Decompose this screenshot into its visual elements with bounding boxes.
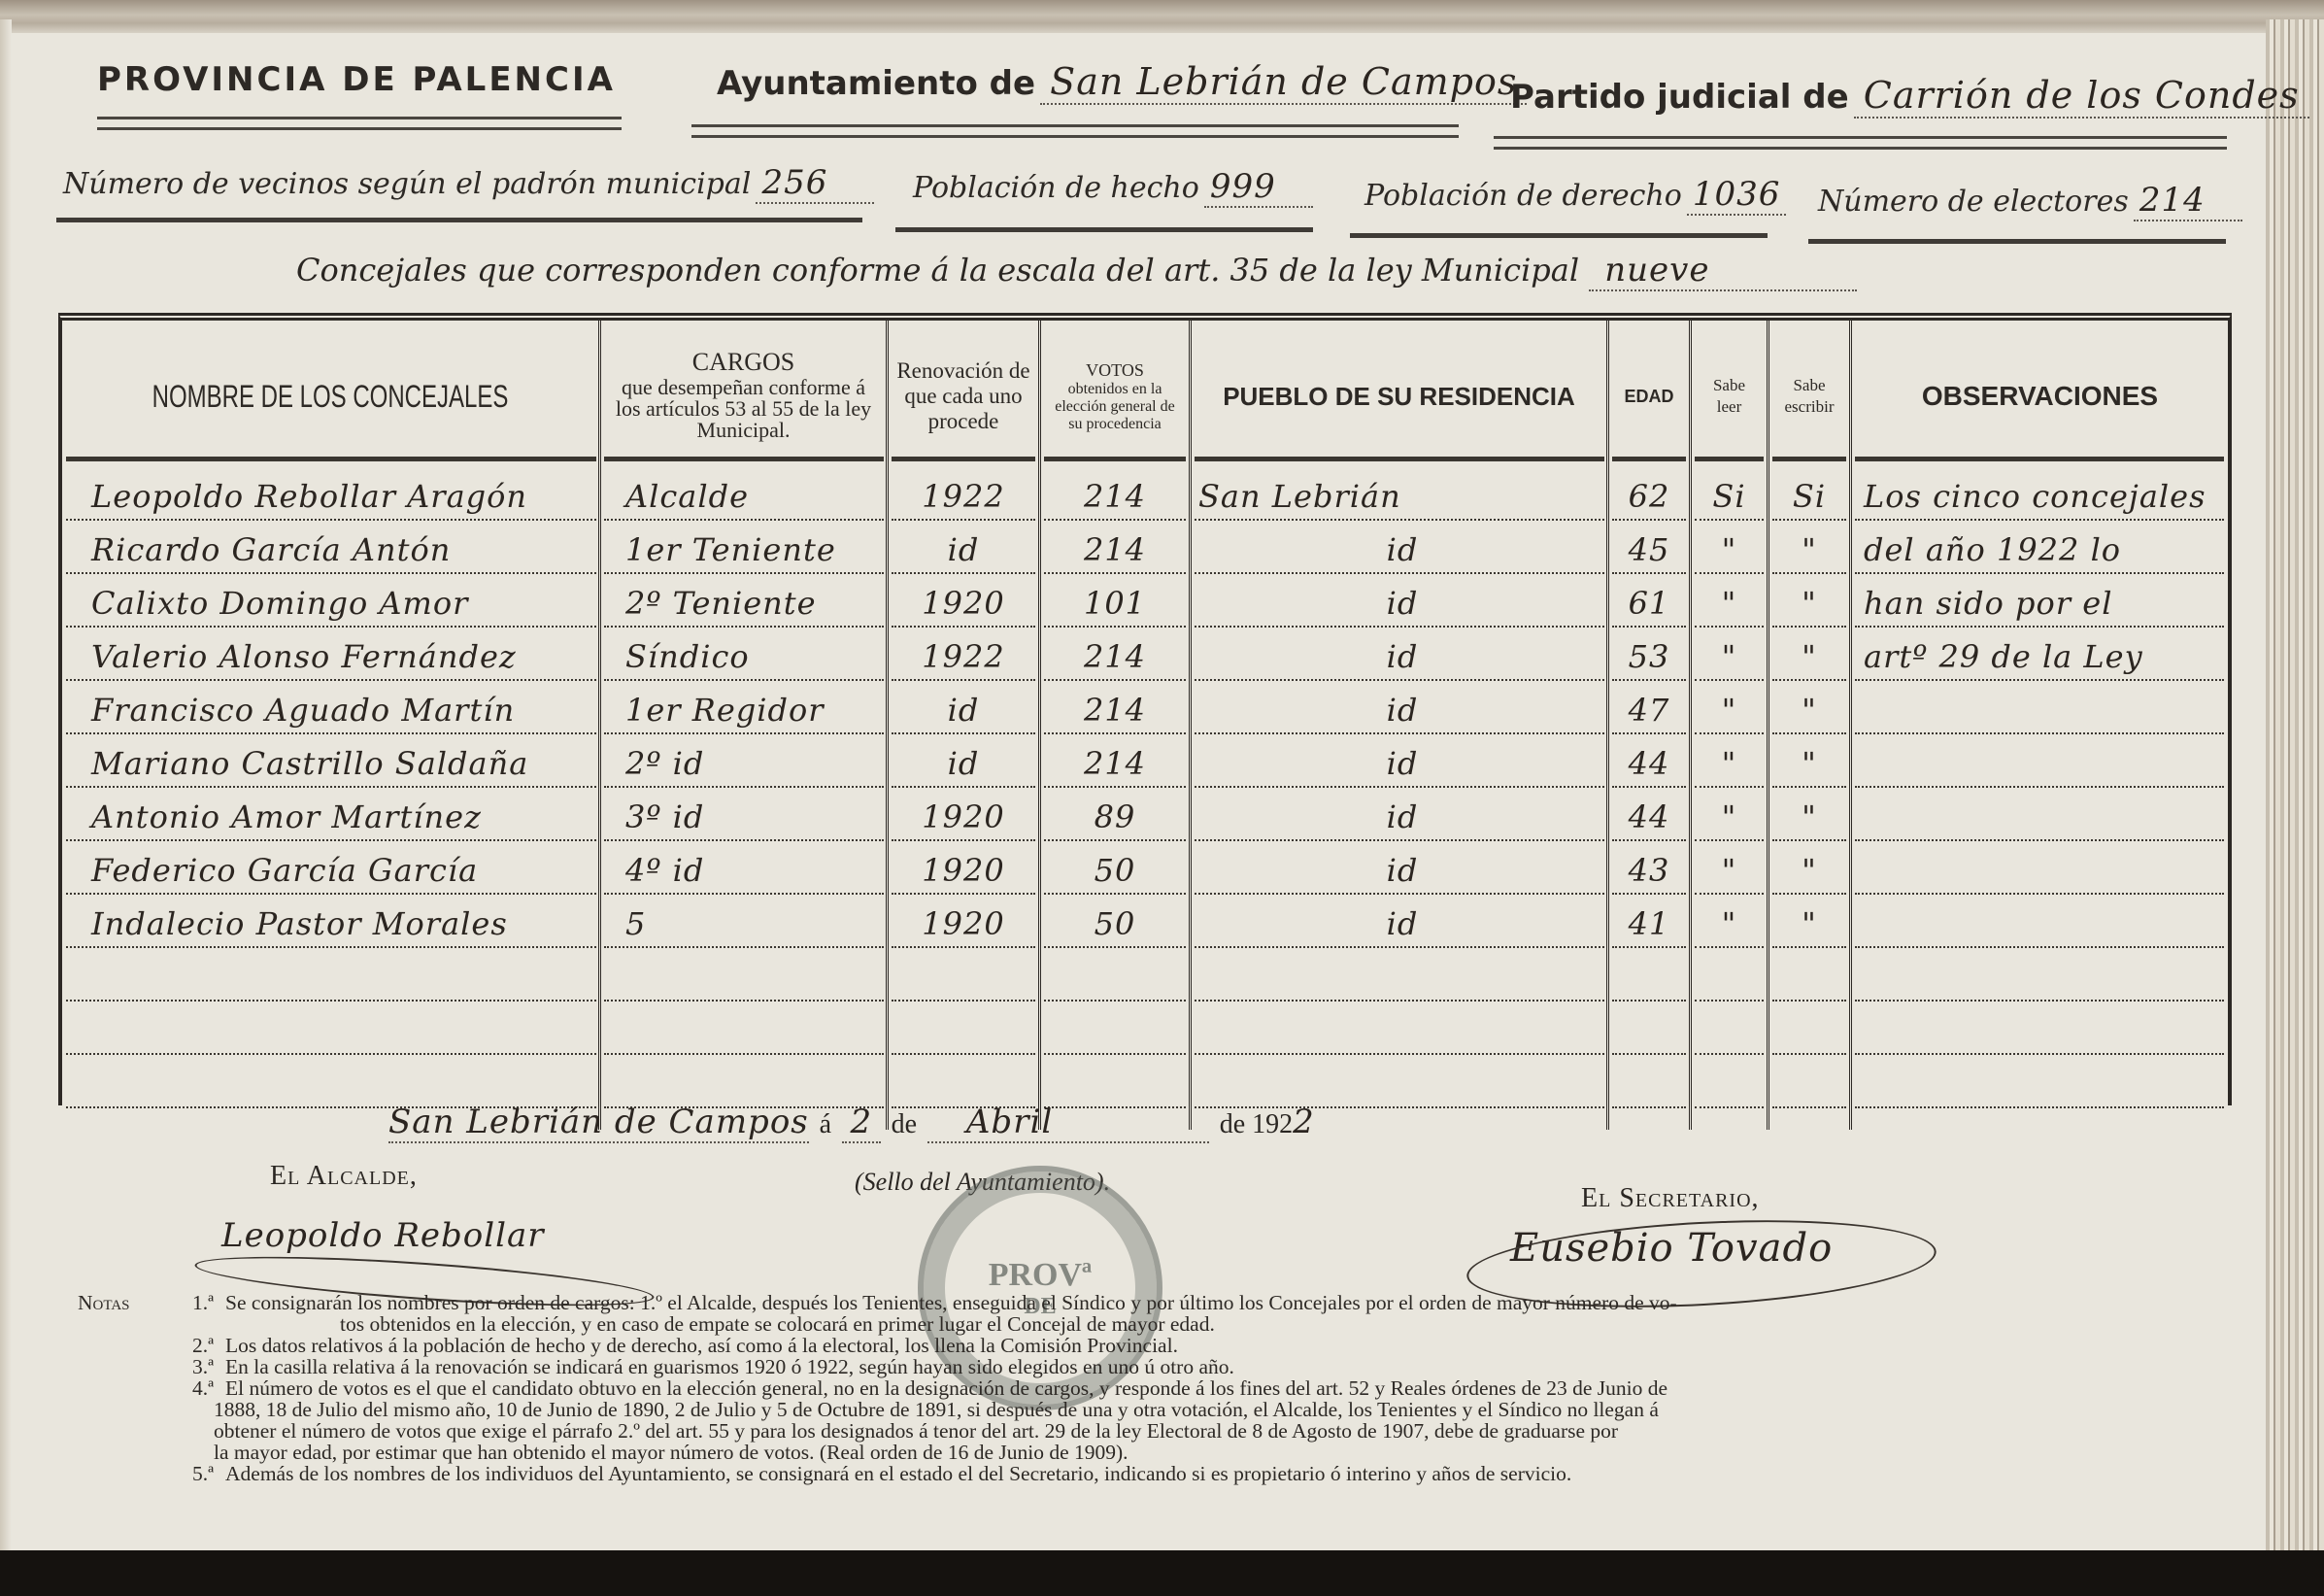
notes-label — [78, 1463, 155, 1484]
cell-nombre: Leopoldo Rebollar Aragón — [91, 478, 591, 515]
note-text: Los datos relativos á la población de he… — [225, 1335, 2234, 1356]
cell-obs: han sido por el — [1864, 585, 2228, 622]
cell-leer: " — [1692, 638, 1767, 675]
book-right-edge — [2266, 19, 2324, 1554]
note-item: 2.ªLos datos relativos á la población de… — [78, 1335, 2234, 1356]
page-left-edge — [0, 19, 12, 1554]
note-item: 5.ªAdemás de los nombres de los individu… — [78, 1463, 2234, 1484]
cell-renovacion: 1922 — [889, 638, 1038, 675]
cell-leer: " — [1692, 692, 1767, 729]
note-item: Notas1.ªSe consignarán los nombres por o… — [78, 1292, 2234, 1313]
table-row — [62, 1001, 2228, 1055]
cell-leer: " — [1692, 745, 1767, 782]
cell-escribir: " — [1769, 531, 1849, 568]
vecinos-field: Número de vecinos según el padrón munici… — [63, 163, 874, 204]
date-de: de — [892, 1109, 917, 1139]
cell-edad: 41 — [1609, 905, 1689, 942]
cell-edad: 44 — [1609, 745, 1689, 782]
row-rule — [1855, 1106, 2224, 1108]
date-month: Abril — [927, 1103, 1209, 1143]
header-rule — [604, 457, 884, 461]
cell-escribir: " — [1769, 638, 1849, 675]
notes-label: Notas — [78, 1292, 155, 1313]
cell-nombre: Ricardo García Antón — [91, 531, 591, 568]
cell-votos: 214 — [1041, 692, 1189, 729]
notes-label — [78, 1356, 155, 1377]
header-nombre: NOMBRE DE LOS CONCEJALES — [129, 338, 531, 455]
vecinos-value: 256 — [756, 163, 874, 204]
derecho-value: 1036 — [1687, 175, 1787, 216]
cell-votos: 214 — [1041, 478, 1189, 515]
cell-nombre: Valerio Alonso Fernández — [91, 638, 591, 675]
cell-nombre: Antonio Amor Martínez — [91, 798, 591, 835]
ayuntamiento-field: Ayuntamiento de San Lebrián de Campos — [717, 60, 1527, 105]
cell-escribir: Si — [1769, 478, 1849, 515]
derecho-rule — [1350, 233, 1768, 238]
cell-renovacion: id — [889, 692, 1038, 729]
note-number: 1.ª — [155, 1292, 225, 1313]
concejales-label: Concejales que corresponden conforme á l… — [296, 252, 1579, 289]
header-renovacion: Renovación de que cada uno procede — [889, 338, 1038, 455]
cell-escribir: " — [1769, 798, 1849, 835]
header-rule — [1855, 457, 2224, 461]
partido-value: Carrión de los Condes — [1854, 74, 2309, 119]
cell-cargo: 4º id — [625, 852, 878, 889]
cell-leer: Si — [1692, 478, 1767, 515]
header-votos: VOTOS obtenidos en la elección general d… — [1041, 338, 1189, 455]
table-row: Federico García García4º id192050id43"" — [62, 840, 2228, 895]
cell-leer: " — [1692, 798, 1767, 835]
note-text: Además de los nombres de los individuos … — [225, 1463, 2234, 1484]
header-escribir: Sabe escribir — [1769, 338, 1849, 455]
row-rule — [1695, 1106, 1764, 1108]
cell-cargo: 5 — [625, 905, 878, 942]
partido-label: Partido judicial de — [1510, 78, 1849, 117]
cell-pueblo: San Lebrián — [1198, 478, 1606, 515]
title-rule — [97, 117, 622, 130]
header-leer: Sabe leer — [1692, 338, 1767, 455]
partido-field: Partido judicial de Carrión de los Conde… — [1510, 74, 2309, 119]
note-number: 2.ª — [155, 1335, 225, 1356]
cell-edad: 62 — [1609, 478, 1689, 515]
table-row: Francisco Aguado Martín1er Regidorid214i… — [62, 680, 2228, 734]
background-below-page — [0, 1550, 2324, 1596]
note-continuation: tos obtenidos en la elección, y en caso … — [78, 1313, 2234, 1335]
hecho-label: Población de hecho — [913, 171, 1199, 205]
header-votos-title: VOTOS — [1086, 359, 1144, 381]
page-stack-top-edge — [0, 0, 2324, 33]
header-rule — [892, 457, 1035, 461]
cell-cargo: 3º id — [625, 798, 878, 835]
table-row: Ricardo García Antón1er Tenienteid214id4… — [62, 520, 2228, 574]
cell-cargo: 1er Regidor — [625, 692, 878, 729]
header-rule — [1195, 457, 1604, 461]
ayuntamiento-label: Ayuntamiento de — [717, 64, 1035, 103]
cell-escribir: " — [1769, 692, 1849, 729]
header-rule — [1772, 457, 1846, 461]
cell-cargo: Alcalde — [625, 478, 878, 515]
cell-votos: 50 — [1041, 905, 1189, 942]
cell-cargo: Síndico — [625, 638, 878, 675]
table-row — [62, 1054, 2228, 1108]
cell-pueblo: id — [1198, 905, 1606, 942]
header-cargos-title: CARGOS — [692, 352, 794, 373]
cell-votos: 214 — [1041, 638, 1189, 675]
cell-cargo: 1er Teniente — [625, 531, 878, 568]
province-title: PROVINCIA DE PALENCIA — [97, 60, 616, 99]
cell-renovacion: 1922 — [889, 478, 1038, 515]
note-continuation: la mayor edad, por estimar que han obten… — [78, 1442, 2234, 1463]
cell-renovacion: 1920 — [889, 798, 1038, 835]
cell-pueblo: id — [1198, 798, 1606, 835]
table-row: Antonio Amor Martínez3º id192089id44"" — [62, 787, 2228, 841]
document-page: PROVINCIA DE PALENCIA Ayuntamiento de Sa… — [0, 0, 2324, 1554]
cell-pueblo: id — [1198, 852, 1606, 889]
derecho-label: Población de derecho — [1364, 179, 1682, 213]
header-rule — [1612, 457, 1686, 461]
electores-field: Número de electores 214 — [1818, 181, 2242, 221]
table-row: Calixto Domingo Amor2º Teniente1920101id… — [62, 573, 2228, 628]
note-text: En la casilla relativa á la renovación s… — [225, 1356, 2234, 1377]
cell-nombre: Calixto Domingo Amor — [91, 585, 591, 622]
cell-escribir: " — [1769, 745, 1849, 782]
notes-list: Notas1.ªSe consignarán los nombres por o… — [78, 1292, 2234, 1484]
hecho-rule — [895, 227, 1313, 232]
cell-pueblo: id — [1198, 638, 1606, 675]
date-a: á — [820, 1109, 831, 1139]
header-rule — [1695, 457, 1764, 461]
header-cargos-sub: que desempeñan conforme á los artículos … — [608, 377, 880, 441]
header-edad: EDAD — [1609, 338, 1689, 455]
cell-pueblo: id — [1198, 531, 1606, 568]
cell-votos: 214 — [1041, 745, 1189, 782]
cell-pueblo: id — [1198, 745, 1606, 782]
table-row: Indalecio Pastor Morales5192050id41"" — [62, 894, 2228, 948]
cell-cargo: 2º Teniente — [625, 585, 878, 622]
cell-obs: Los cinco concejales — [1864, 478, 2228, 515]
cell-votos: 214 — [1041, 531, 1189, 568]
electores-label: Número de electores — [1818, 185, 2129, 219]
cell-votos: 50 — [1041, 852, 1189, 889]
row-rule — [1612, 1106, 1686, 1108]
vecinos-rule — [56, 218, 862, 222]
table-row: Leopoldo Rebollar AragónAlcalde1922214Sa… — [62, 466, 2228, 521]
ayuntamiento-rule — [691, 124, 1459, 138]
cell-edad: 43 — [1609, 852, 1689, 889]
vecinos-label: Número de vecinos según el padrón munici… — [63, 167, 751, 201]
cell-nombre: Francisco Aguado Martín — [91, 692, 591, 729]
cell-escribir: " — [1769, 905, 1849, 942]
cell-pueblo: id — [1198, 585, 1606, 622]
note-text: Se consignarán los nombres por orden de … — [225, 1292, 2234, 1313]
cell-edad: 61 — [1609, 585, 1689, 622]
date-line: San Lebrián de Campos á 2 de Abril de 19… — [388, 1103, 1315, 1143]
concejales-table: NOMBRE DE LOS CONCEJALES CARGOS que dese… — [58, 313, 2232, 1105]
cell-nombre: Federico García García — [91, 852, 591, 889]
header-observaciones: OBSERVACIONES — [1852, 338, 2228, 455]
note-item: 3.ªEn la casilla relativa á la renovació… — [78, 1356, 2234, 1377]
cell-leer: " — [1692, 852, 1767, 889]
cell-leer: " — [1692, 531, 1767, 568]
cell-votos: 89 — [1041, 798, 1189, 835]
cell-edad: 47 — [1609, 692, 1689, 729]
alcalde-label: El Alcalde, — [270, 1161, 418, 1192]
header-pueblo: PUEBLO DE SU RESIDENCIA — [1192, 338, 1606, 455]
note-number: 3.ª — [155, 1356, 225, 1377]
cell-obs: artº 29 de la Ley — [1864, 638, 2228, 675]
hecho-field: Población de hecho 999 — [913, 167, 1313, 208]
note-text: El número de votos es el que el candidat… — [225, 1377, 2234, 1399]
cell-edad: 45 — [1609, 531, 1689, 568]
partido-rule — [1494, 136, 2227, 150]
note-number: 5.ª — [155, 1463, 225, 1484]
cell-leer: " — [1692, 585, 1767, 622]
note-continuation: 1888, 18 de Julio del mismo año, 10 de J… — [78, 1399, 2234, 1420]
cell-nombre: Mariano Castrillo Saldaña — [91, 745, 591, 782]
date-year-prefix: de 192 — [1220, 1109, 1293, 1139]
note-item: 4.ªEl número de votos es el que el candi… — [78, 1377, 2234, 1399]
concejales-value: nueve — [1589, 251, 1857, 291]
date-year-suffix: 2 — [1293, 1103, 1315, 1141]
cell-renovacion: id — [889, 745, 1038, 782]
cell-cargo: 2º id — [625, 745, 878, 782]
table-row: Mariano Castrillo Saldaña2º idid214id44"… — [62, 733, 2228, 788]
cell-escribir: " — [1769, 852, 1849, 889]
electores-rule — [1808, 239, 2226, 244]
header-rule — [1044, 457, 1186, 461]
secretario-label: El Secretario, — [1581, 1183, 1760, 1214]
header-votos-sub: obtenidos en la elección general de su p… — [1047, 381, 1183, 433]
concejales-line: Concejales que corresponden conforme á l… — [296, 251, 1857, 291]
row-rule — [1772, 1106, 1846, 1108]
cell-edad: 44 — [1609, 798, 1689, 835]
electores-value: 214 — [2134, 181, 2242, 221]
cell-edad: 53 — [1609, 638, 1689, 675]
derecho-field: Población de derecho 1036 — [1364, 175, 1786, 216]
notes-section: Notas1.ªSe consignarán los nombres por o… — [78, 1292, 2234, 1484]
cell-obs: del año 1922 lo — [1864, 531, 2228, 568]
cell-escribir: " — [1769, 585, 1849, 622]
note-continuation: obtener el número de votos que exige el … — [78, 1420, 2234, 1442]
stamp-line1: PROVª — [989, 1257, 1093, 1294]
cell-renovacion: 1920 — [889, 585, 1038, 622]
ayuntamiento-value: San Lebrián de Campos — [1040, 60, 1527, 105]
cell-renovacion: id — [889, 531, 1038, 568]
cell-leer: " — [1692, 905, 1767, 942]
date-day: 2 — [842, 1103, 881, 1143]
table-row: Valerio Alonso FernándezSíndico1922214id… — [62, 627, 2228, 681]
alcalde-signature: Leopoldo Rebollar — [221, 1216, 545, 1255]
cell-pueblo: id — [1198, 692, 1606, 729]
cell-nombre: Indalecio Pastor Morales — [91, 905, 591, 942]
cell-renovacion: 1920 — [889, 852, 1038, 889]
table-row — [62, 947, 2228, 1002]
notes-label — [78, 1335, 155, 1356]
note-number: 4.ª — [155, 1377, 225, 1399]
header-rule — [66, 457, 596, 461]
cell-votos: 101 — [1041, 585, 1189, 622]
cell-renovacion: 1920 — [889, 905, 1038, 942]
hecho-value: 999 — [1204, 167, 1313, 208]
date-place: San Lebrián de Campos — [388, 1103, 809, 1143]
header-cargos: CARGOS que desempeñan conforme á los art… — [601, 338, 886, 455]
notes-label — [78, 1377, 155, 1399]
